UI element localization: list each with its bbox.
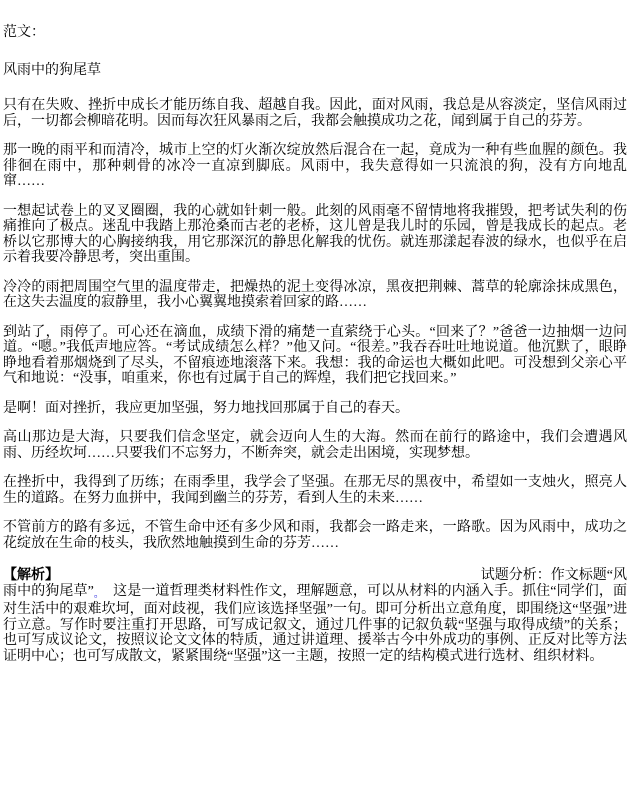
analysis-intro-text: 试题分析：作文标题“风 xyxy=(481,568,627,584)
document-page: 范文： 风雨中的狗尾草 只有在失败、挫折中成长才能历练自我、超越自我。因此，面对… xyxy=(0,0,630,679)
essay-paragraph-8: 在挫折中，我得到了历练；在雨季里，我学会了坚强。在那无尽的黑夜中，希望如一支烛火… xyxy=(3,475,627,506)
essay-paragraph-5: 到站了，雨停了。可心还在滴血，成绩下滑的痛楚一直萦绕于心头。“回来了？”爸爸一边… xyxy=(3,325,627,387)
essay-paragraph-6: 是啊！面对挫折，我应更加坚强，努力地找回那属于自己的春天。 xyxy=(3,401,627,417)
analysis-body: 雨中的狗尾草”。 这是一道哲理类材料性作文，理解题意，可以从材料的内涵入手。抓住… xyxy=(3,584,627,665)
analysis-body-start: 雨中的狗尾草” xyxy=(3,584,94,599)
essay-paragraph-3: 一想起试卷上的叉叉圈圈，我的心就如针刺一般。此刻的风雨毫不留情地将我摧毁，把考试… xyxy=(3,204,627,266)
essay-paragraph-1: 只有在失败、挫折中成长才能历练自我、超越自我。因此，面对风雨，我总是从容淡定，坚… xyxy=(3,98,627,129)
essay-section-label: 范文： xyxy=(3,25,627,41)
essay-paragraph-4: 冷冷的雨把周围空气里的温度带走，把燥热的泥土变得冰凉，黑夜把荆棘、蒿草的轮廓涂抹… xyxy=(3,280,627,311)
analysis-first-line: 【解析】 试题分析：作文标题“风 xyxy=(3,568,627,584)
analysis-section: 【解析】 试题分析：作文标题“风 雨中的狗尾草”。 这是一道哲理类材料性作文，理… xyxy=(3,568,627,664)
essay-paragraph-2: 那一晚的雨平和而清冷，城市上空的灯火渐次绽放然后混合在一起，竟成为一种有些血腥的… xyxy=(3,143,627,190)
analysis-label: 【解析】 xyxy=(3,568,59,584)
essay-paragraph-9: 不管前方的路有多远，不管生命中还有多少风和雨，我都会一路走来，一路歌。因为风雨中… xyxy=(3,520,627,551)
essay-paragraph-7: 高山那边是大海，只要我们信念坚定，就会迈向人生的大海。然而在前行的路途中，我们会… xyxy=(3,430,627,461)
essay-title: 风雨中的狗尾草 xyxy=(3,63,627,79)
